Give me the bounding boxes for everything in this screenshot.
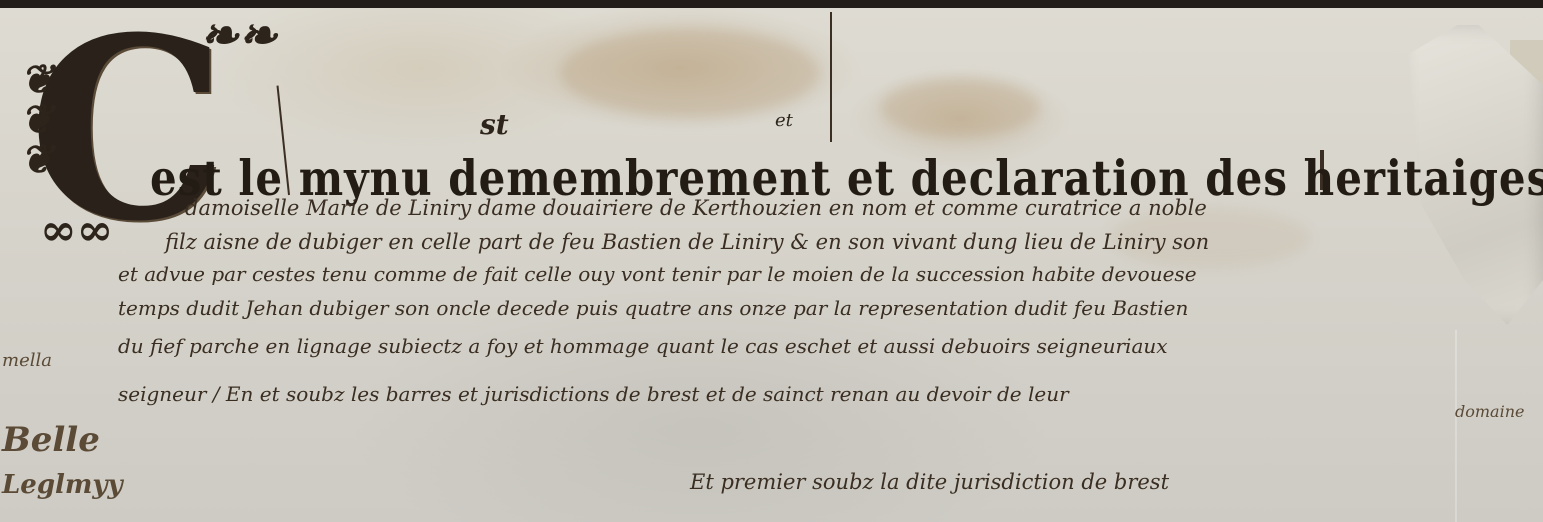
cadel-strapwork-icon: ❦❦❦	[20, 60, 54, 180]
interlinear-note: st	[480, 108, 509, 141]
fold-crease	[1455, 330, 1457, 522]
ribbon-loop-icon: ∞∞	[40, 205, 113, 256]
margin-note-left: mella	[2, 350, 52, 371]
text-line: seigneur / En et soubz les barres et jur…	[118, 382, 1069, 406]
margin-note-left: Leglmyy	[2, 470, 123, 500]
margin-note-left: Belle	[2, 420, 100, 460]
cadel-flourish-icon: ❧❧	[200, 8, 277, 62]
text-line: temps dudit Jehan dubiger son oncle dece…	[118, 296, 1188, 320]
section-heading-line: Et premier soubz la dite jurisdiction de…	[690, 470, 1169, 494]
margin-note-right: domaine	[1455, 402, 1524, 421]
ascender-stroke	[830, 12, 832, 142]
text-line: du fief parche en lignage subiectz a foy…	[118, 334, 1168, 358]
text-line: damoiselle Marie de Liniry dame douairie…	[185, 196, 1207, 220]
photo-frame-top	[0, 0, 1543, 8]
interlinear-note: et	[775, 110, 793, 131]
text-line: et advue par cestes tenu comme de fait c…	[118, 262, 1197, 286]
water-stain	[880, 78, 1040, 138]
water-stain	[560, 28, 820, 118]
text-line: filz aisne de dubiger en celle part de f…	[165, 230, 1209, 254]
